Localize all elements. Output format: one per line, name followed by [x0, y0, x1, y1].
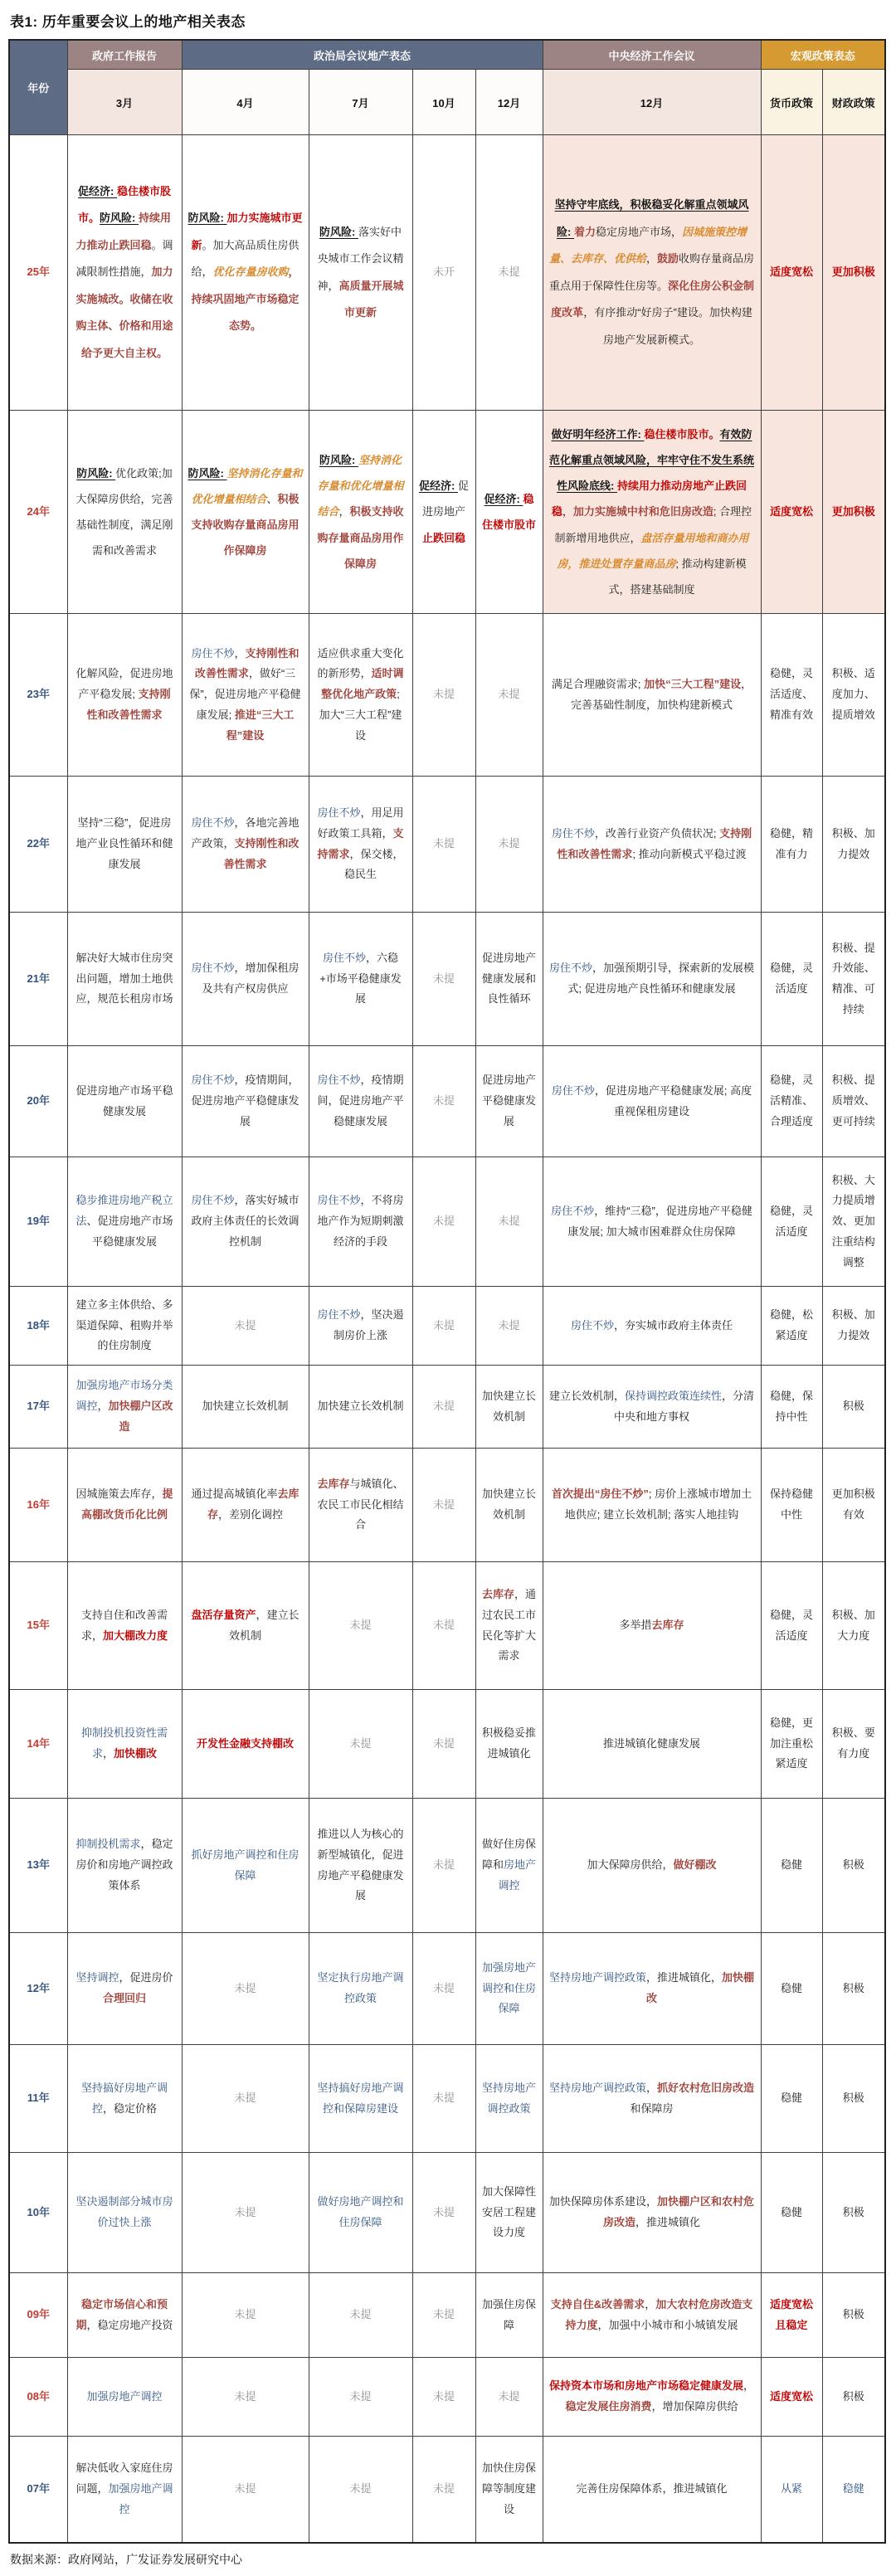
- cell-fiscal: 更加积极: [822, 411, 885, 614]
- cell-cewc: 支持自住&改善需求，加大农村危房改造支持力度，加强中小城市和小城镇发展: [543, 2273, 761, 2358]
- text-segment: 房住不炒: [323, 952, 366, 964]
- text-segment: 合理回归: [103, 1992, 146, 2004]
- text-segment: 去库存: [317, 1478, 349, 1490]
- text-segment: 未提: [433, 2482, 455, 2495]
- text-segment: 稳健，灵活精准、合理适度: [770, 1074, 813, 1127]
- cell-m7: 加快建立长效机制: [309, 1366, 412, 1449]
- text-segment: 推进以人为核心的新型城镇化，促进房地产平稳健康发展: [317, 1828, 403, 1902]
- cell-monetary: 从紧: [761, 2437, 822, 2543]
- text-segment: 房住不炒: [317, 1194, 360, 1206]
- text-segment: ，: [103, 1747, 114, 1760]
- cell-m12: 促进房地产平稳健康发展: [475, 1046, 543, 1157]
- cell-m7: 房住不炒，六稳+市场平稳健康发展: [309, 913, 412, 1046]
- cell-monetary: 适度宽松: [761, 411, 822, 614]
- cell-m10: 未提: [412, 614, 475, 777]
- cell-m4: 未提: [182, 2273, 309, 2358]
- table-row: 20年促进房地产市场平稳健康发展房住不炒，疫情期间，促进房地产平稳健康发展房住不…: [9, 1046, 885, 1157]
- text-segment: 促进房地产平稳健康发展: [482, 1074, 536, 1127]
- text-segment: 保持稳健中性: [770, 1488, 813, 1521]
- cell-cewc: 房住不炒，促进房地产平稳健康发展; 高度重视保租房建设: [543, 1046, 761, 1157]
- cell-m3: 坚决遏制部分城市房价过快上涨: [67, 2153, 182, 2273]
- text-segment: 防风险:: [188, 212, 227, 224]
- cell-m3: 建立多主体供给、多渠道保障、租购并举的住房制度: [67, 1287, 182, 1366]
- text-segment: 支持刚性和改善性需求: [223, 837, 299, 870]
- cell-m4: 房住不炒，增加保租房及共有产权房供应: [182, 913, 309, 1046]
- cell-cewc: 推进城镇化健康发展: [543, 1690, 761, 1799]
- cell-monetary: 稳健，松紧适度: [761, 1287, 822, 1366]
- text-segment: 未提: [499, 837, 520, 850]
- text-segment: ，促进房地产平稳健康发展; 高度重视保租房建设: [595, 1084, 752, 1118]
- text-segment: 做好明年经济工作:: [552, 428, 645, 441]
- cell-m12: 未提: [475, 2358, 543, 2437]
- cell-fiscal: 积极: [822, 2358, 885, 2437]
- cell-m3: 加强房地产调控: [67, 2358, 182, 2437]
- text-segment: 未提: [349, 2308, 371, 2320]
- text-segment: 房住不炒: [191, 1194, 234, 1206]
- text-segment: 积极、提质增效、更可持续: [832, 1074, 875, 1127]
- cell-m7: 未提: [309, 1690, 412, 1799]
- cell-monetary: 稳健，灵活精准、合理适度: [761, 1046, 822, 1157]
- text-segment: 房住不炒: [191, 962, 234, 974]
- text-segment: 加快建立长效机制: [482, 1390, 536, 1423]
- text-segment: 稳定房地产市场，: [596, 226, 682, 238]
- table-body: 25年促经济: 稳住楼市股市。防风险: 持续用力推动止跌回稳。调减限制性措施，加…: [9, 135, 885, 2543]
- table-row: 18年建立多主体供给、多渠道保障、租购并举的住房制度未提房住不炒，坚决遏制房价上…: [9, 1287, 885, 1366]
- text-segment: 保持调控政策连续性: [625, 1390, 722, 1402]
- table-row: 23年化解风险，促进房地产平稳发展; 支持刚性和改善性需求房住不炒，支持刚性和改…: [9, 614, 885, 777]
- cell-m7: 防风险: 落实好中央城市工作会议精神，高质量开展城市更新: [309, 135, 412, 411]
- cell-m7: 房住不炒，用足用好政策工具箱，支持需求，保交楼，稳民生: [309, 777, 412, 913]
- group-header-cewc: 中央经济工作会议: [543, 40, 761, 70]
- cell-m12: 加快建立长效机制: [475, 1366, 543, 1449]
- text-segment: 解决好大城市住房突出问题，增加土地供应，规范长租房市场: [75, 952, 173, 1005]
- text-segment: 未提: [433, 1737, 455, 1750]
- text-segment: 稳健: [781, 2206, 802, 2218]
- policy-header-monetary: 货币政策: [761, 70, 822, 135]
- text-segment: 未提: [433, 1215, 455, 1227]
- table-row: 16年因城施策去库存，提高棚改货币化比例通过提高城镇化率去库存，差别化调控去库存…: [9, 1449, 885, 1562]
- cell-m10: 未提: [412, 1287, 475, 1366]
- text-segment: ，稳定价格: [103, 2102, 157, 2115]
- cell-cewc: 房住不炒，改善行业资产负债状况; 支持刚性和改善性需求; 推动向新模式平稳过渡: [543, 777, 761, 913]
- text-segment: 房住不炒: [317, 1074, 360, 1086]
- cell-m10: 未提: [412, 2153, 475, 2273]
- policy-table: 年份 政府工作报告 政治局会议地产表态 中央经济工作会议 宏观政策表态 3月 4…: [8, 39, 886, 2544]
- year-cell: 20年: [9, 1046, 67, 1157]
- header-group-row: 年份 政府工作报告 政治局会议地产表态 中央经济工作会议 宏观政策表态: [9, 40, 885, 70]
- cell-m3: 化解风险，促进房地产平稳发展; 支持刚性和改善性需求: [67, 614, 182, 777]
- text-segment: 加快棚改: [114, 1747, 157, 1760]
- data-source-note: 数据来源：政府网站，广发证券发展研究中心: [10, 2551, 888, 2568]
- policy-header-fiscal: 财政政策: [822, 70, 885, 135]
- text-segment: 未提: [433, 1498, 455, 1511]
- cell-m3: 促进房地产市场平稳健康发展: [67, 1046, 182, 1157]
- year-cell: 11年: [9, 2045, 67, 2153]
- text-segment: 坚决遏制部分城市房价过快上涨: [75, 2195, 173, 2228]
- text-segment: 适度宽松且稳定: [770, 2298, 813, 2331]
- cell-monetary: 稳健，精准有力: [761, 777, 822, 913]
- cell-cewc: 坚持守牢底线，积极稳妥化解重点领域风险: 着力稳定房地产市场，因城施策控增量、去…: [543, 135, 761, 411]
- text-segment: 坚持房地产调控政策: [482, 2082, 536, 2115]
- text-segment: 建立长效机制，: [549, 1390, 625, 1402]
- cell-m10: 未提: [412, 1562, 475, 1690]
- text-segment: 加强房地产调控: [86, 2390, 162, 2403]
- text-segment: 抓好房地产调控和住房保障: [191, 1848, 299, 1882]
- text-segment: 房住不炒: [317, 806, 360, 819]
- text-segment: 防风险:: [100, 212, 139, 224]
- text-segment: 加力实施城改。收储在收购主体、价格和用途给予更大自主权。: [75, 265, 173, 359]
- text-segment: 稳健，灵活适度: [770, 1609, 813, 1642]
- text-segment: ，保交楼，稳民生: [344, 848, 404, 881]
- text-segment: 未提: [234, 2308, 256, 2320]
- month-header-apr: 4月: [182, 70, 309, 135]
- cell-monetary: 稳健: [761, 2045, 822, 2153]
- table-row: 14年抑制投机投资性需求，加快棚改开发性金融支持棚改未提未提积极稳妥推进城镇化推…: [9, 1690, 885, 1799]
- cell-fiscal: 积极、加大力度: [822, 1562, 885, 1690]
- text-segment: 积极: [843, 2308, 864, 2320]
- text-segment: 积极、提升效能、精准、可持续: [832, 942, 875, 1015]
- text-segment: ，促进房价: [119, 1971, 173, 1984]
- text-segment: 建立多主体供给、多渠道保障、租购并举的住房制度: [75, 1298, 173, 1351]
- cell-cewc: 房住不炒，维持“三稳”，促进房地产平稳健康发展; 加大城市困难群众住房保障: [543, 1157, 761, 1287]
- cell-m10: 未提: [412, 777, 475, 913]
- text-segment: 房住不炒: [549, 962, 592, 974]
- cell-m7: 房住不炒，不将房地产作为短期刺激经济的手段: [309, 1157, 412, 1287]
- cell-fiscal: 积极、提升效能、精准、可持续: [822, 913, 885, 1046]
- text-segment: 未提: [234, 2206, 256, 2218]
- year-cell: 09年: [9, 2273, 67, 2358]
- text-segment: 稳健，更加注重松紧适度: [770, 1717, 813, 1770]
- cell-m12: 加快住房保障等制度建设: [475, 2437, 543, 2543]
- text-segment: 保持资本市场和房地产市场稳定健康发展: [549, 2379, 743, 2392]
- text-segment: 坚定执行房地产调控政策: [317, 1971, 403, 2004]
- text-segment: 房住不炒: [191, 1074, 234, 1086]
- text-segment: 适度宽松: [770, 265, 813, 278]
- cell-m10: 促经济: 促进房地产止跌回稳: [412, 411, 475, 614]
- cell-cewc: 首次提出“房住不炒”; 房价上涨城市增加土地供应; 建立长效机制; 落实人地挂钩: [543, 1449, 761, 1562]
- text-segment: 稳健，保持中性: [770, 1390, 813, 1423]
- cell-monetary: 稳健: [761, 1933, 822, 2045]
- table-row: 07年解决低收入家庭住房问题，加强房地产调控未提未提未提加快住房保障等制度建设完…: [9, 2437, 885, 2543]
- text-segment: 首次提出“房住不炒”: [552, 1488, 649, 1500]
- cell-m10: 未提: [412, 1933, 475, 2045]
- text-segment: 做好棚改: [674, 1858, 717, 1871]
- cell-cewc: 满足合理融资需求; 加快“三大工程”建设，完善基础性制度，加快构建新模式: [543, 614, 761, 777]
- text-segment: 积极: [843, 2091, 864, 2104]
- cell-m12: 去库存，通过农民工市民化等扩大需求: [475, 1562, 543, 1690]
- year-cell: 23年: [9, 614, 67, 777]
- cell-fiscal: 稳健: [822, 2437, 885, 2543]
- year-cell: 07年: [9, 2437, 67, 2543]
- table-row: 12年坚持调控，促进房价合理回归未提坚定执行房地产调控政策未提加强房地产调控和住…: [9, 1933, 885, 2045]
- text-segment: 房住不炒: [551, 1205, 594, 1217]
- group-header-politburo: 政治局会议地产表态: [182, 40, 543, 70]
- cell-m4: 未提: [182, 2153, 309, 2273]
- text-segment: 未提: [234, 2091, 256, 2104]
- text-segment: 未提: [433, 1319, 455, 1332]
- cell-m12: 未提: [475, 777, 543, 913]
- group-header-gov-report: 政府工作报告: [67, 40, 182, 70]
- cell-m3: 防风险: 优化政策;加大保障房供给，完善基础性制度，满足刚需和改善需求: [67, 411, 182, 614]
- cell-m7: 房住不炒，疫情期间，促进房地产平稳健康发展: [309, 1046, 412, 1157]
- text-segment: 积极: [843, 1858, 864, 1871]
- cell-m10: 未提: [412, 1157, 475, 1287]
- cell-m10: 未提: [412, 1799, 475, 1933]
- text-segment: 完善住房保障体系，推进城镇化: [577, 2482, 728, 2495]
- cell-m12: 加快建立长效机制: [475, 1449, 543, 1562]
- cell-fiscal: 积极、加力提效: [822, 1287, 885, 1366]
- text-segment: 止跌回稳: [422, 532, 465, 544]
- cell-m10: 未提: [412, 1449, 475, 1562]
- cell-m4: 房住不炒，疫情期间，促进房地产平稳健康发展: [182, 1046, 309, 1157]
- text-segment: 抑制投机需求: [75, 1838, 140, 1850]
- year-cell: 17年: [9, 1366, 67, 1449]
- cell-m4: 房住不炒，落实好城市政府主体责任的长效调控机制: [182, 1157, 309, 1287]
- cell-monetary: 保持稳健中性: [761, 1449, 822, 1562]
- cell-m12: 未提: [475, 1287, 543, 1366]
- text-segment: 做好房地产调控和住房保障: [317, 2195, 403, 2228]
- text-segment: 更加积极: [832, 505, 875, 518]
- text-segment: 未提: [499, 265, 520, 278]
- cell-m7: 未提: [309, 2358, 412, 2437]
- text-segment: 房住不炒: [571, 1319, 614, 1332]
- text-segment: 鼓励: [657, 252, 679, 265]
- cell-m7: 未提: [309, 1562, 412, 1690]
- text-segment: 加快保障房体系建设，: [549, 2195, 657, 2208]
- cell-m3: 加强房地产市场分类调控，加快棚户区改造: [67, 1366, 182, 1449]
- text-segment: 未开: [433, 265, 455, 278]
- year-cell: 22年: [9, 777, 67, 913]
- text-segment: 稳定发展住房消费: [566, 2400, 652, 2413]
- text-segment: 未提: [433, 1619, 455, 1631]
- cell-monetary: 稳健，灵活适度、精准有效: [761, 614, 822, 777]
- text-segment: 优化存量房收购: [212, 265, 288, 278]
- cell-m12: 积极稳妥推进城镇化: [475, 1690, 543, 1799]
- text-segment: 稳住楼市股市。: [644, 428, 719, 441]
- page: 表1: 历年重要会议上的地产相关表态 年份 政府工作报告 政治局会议地产表态 中…: [0, 0, 896, 2576]
- text-segment: 稳健，灵活适度: [770, 1205, 813, 1238]
- table-row: 17年加强房地产市场分类调控，加快棚户区改造加快建立长效机制加快建立长效机制未提…: [9, 1366, 885, 1449]
- cell-m7: 去库存与城镇化、农民工市民化相结合: [309, 1449, 412, 1562]
- text-segment: 加大保障性安居工程建设力度: [482, 2185, 536, 2238]
- year-cell: 14年: [9, 1690, 67, 1799]
- table-row: 13年抑制投机需求，稳定房价和房地产调控政策体系抓好房地产调控和住房保障推进以人…: [9, 1799, 885, 1933]
- text-segment: 房地产调控: [499, 1858, 537, 1892]
- cell-m3: 抑制投机需求，稳定房价和房地产调控政策体系: [67, 1799, 182, 1933]
- text-segment: 稳健，精准有力: [770, 827, 813, 860]
- cell-m12: 加强住房保障: [475, 2273, 543, 2358]
- cell-fiscal: 积极: [822, 1933, 885, 2045]
- cell-m3: 抑制投机投资性需求，加快棚改: [67, 1690, 182, 1799]
- text-segment: 加强住房保障: [482, 2298, 536, 2331]
- cell-m7: 推进以人为核心的新型城镇化，促进房地产平稳健康发展: [309, 1799, 412, 1933]
- text-segment: 防风险:: [76, 467, 115, 480]
- text-segment: 未提: [234, 1319, 256, 1332]
- month-header-dec: 12月: [475, 70, 543, 135]
- year-cell: 24年: [9, 411, 67, 614]
- text-segment: ，夯实城市政府主体责任: [614, 1319, 733, 1332]
- cell-fiscal: 积极: [822, 1799, 885, 1933]
- cell-monetary: 稳健: [761, 1799, 822, 1933]
- cell-m3: 解决好大城市住房突出问题，增加土地供应，规范长租房市场: [67, 913, 182, 1046]
- text-segment: 未提: [433, 1400, 455, 1412]
- year-cell: 08年: [9, 2358, 67, 2437]
- text-segment: ; 推动向新模式平稳过渡: [632, 848, 746, 860]
- cell-m3: 支持自住和改善需求，加大棚改力度: [67, 1562, 182, 1690]
- text-segment: ，: [646, 252, 657, 265]
- table-row: 19年稳步推进房地产税立法、促进房地产市场平稳健康发展房住不炒，落实好城市政府主…: [9, 1157, 885, 1287]
- text-segment: ，加强预期引导，探索新的发展模式; 促进房地产良性循环和健康发展: [567, 962, 754, 995]
- cell-m7: 坚持搞好房地产调控和保障房建设: [309, 2045, 412, 2153]
- cell-cewc: 房住不炒，加强预期引导，探索新的发展模式; 促进房地产良性循环和健康发展: [543, 913, 761, 1046]
- cell-m3: 稳步推进房地产税立法、促进房地产市场平稳健康发展: [67, 1157, 182, 1287]
- cell-cewc: 房住不炒，夯实城市政府主体责任: [543, 1287, 761, 1366]
- text-segment: ，: [645, 2298, 655, 2311]
- cell-cewc: 保持资本市场和房地产市场稳定健康发展，稳定发展住房消费，增加保障房供给: [543, 2358, 761, 2437]
- text-segment: 未提: [349, 2482, 371, 2495]
- table-row: 10年坚决遏制部分城市房价过快上涨未提做好房地产调控和住房保障未提加大保障性安居…: [9, 2153, 885, 2273]
- cell-m3: 因城施策去库存，提高棚改货币化比例: [67, 1449, 182, 1562]
- text-segment: 去库存: [652, 1619, 684, 1631]
- text-segment: 未提: [433, 2308, 455, 2320]
- cell-m4: 未提: [182, 1287, 309, 1366]
- text-segment: 加大保障房供给，: [587, 1858, 674, 1871]
- cell-m4: 防风险: 加力实施城市更新。加大高品质住房供给，优化存量房收购，持续巩固地产市场…: [182, 135, 309, 411]
- text-segment: 未提: [349, 2390, 371, 2403]
- cell-m7: 房住不炒，坚决遏制房价上涨: [309, 1287, 412, 1366]
- cell-m12: 未提: [475, 1157, 543, 1287]
- text-segment: 积极: [843, 1982, 864, 1994]
- text-segment: 未提: [234, 2482, 256, 2495]
- text-segment: 促经济:: [419, 480, 458, 492]
- table-row: 09年稳定市场信心和预期，稳定房地产投资未提未提未提加强住房保障支持自住&改善需…: [9, 2273, 885, 2358]
- text-segment: 和保障房: [631, 2102, 674, 2115]
- year-cell: 13年: [9, 1799, 67, 1933]
- text-segment: 加快住房保障等制度建设: [482, 2462, 536, 2515]
- text-segment: 促经济:: [485, 493, 523, 505]
- cell-monetary: 适度宽松且稳定: [761, 2273, 822, 2358]
- cell-m12: 做好住房保障和房地产调控: [475, 1799, 543, 1933]
- cell-m10: 未提: [412, 2437, 475, 2543]
- text-segment: 未提: [234, 1982, 256, 1994]
- text-segment: 盘活存量资产: [191, 1609, 256, 1621]
- text-segment: 坚持“三稳”，促进房地产业良性循环和健康发展: [75, 816, 173, 869]
- text-segment: 房住不炒: [317, 1308, 360, 1321]
- text-segment: ，: [646, 2082, 657, 2094]
- text-segment: 房住不炒: [552, 1084, 595, 1097]
- cell-fiscal: 积极、大力提质增效、更加注重结构调整: [822, 1157, 885, 1287]
- text-segment: 优化政策;加大保障房供给，完善基础性制度，满足刚需和改善需求: [75, 467, 173, 558]
- cell-m12: 促进房地产健康发展和良性循环: [475, 913, 543, 1046]
- cell-m4: 未提: [182, 2437, 309, 2543]
- text-segment: 未提: [349, 1619, 371, 1631]
- cell-m4: 盘活存量资产，建立长效机制: [182, 1562, 309, 1690]
- month-header-mar: 3月: [67, 70, 182, 135]
- text-segment: 多举措: [620, 1619, 652, 1631]
- table-row: 22年坚持“三稳”，促进房地产业良性循环和健康发展房住不炒，各地完善地产政策，支…: [9, 777, 885, 913]
- text-segment: 加快“三大工程”建设: [644, 678, 741, 690]
- text-segment: 稳健，灵活适度、精准有效: [770, 667, 813, 720]
- group-header-macro-policy: 宏观政策表态: [761, 40, 885, 70]
- text-segment: 未提: [499, 2390, 520, 2403]
- text-segment: 更加积极: [832, 265, 875, 278]
- text-segment: ，加强中小城市和小城镇发展: [598, 2319, 738, 2331]
- cell-cewc: 做好明年经济工作: 稳住楼市股市。有效防范化解重点领域风险，牢牢守住不发生系统性…: [543, 411, 761, 614]
- text-segment: 未提: [433, 2206, 455, 2218]
- cell-monetary: 稳健: [761, 2153, 822, 2273]
- text-segment: 未提: [433, 972, 455, 985]
- year-cell: 18年: [9, 1287, 67, 1366]
- text-segment: 适度宽松: [770, 2390, 813, 2403]
- cell-m4: 通过提高城镇化率去库存，差别化调控: [182, 1449, 309, 1562]
- cell-m12: 未提: [475, 135, 543, 411]
- year-cell: 12年: [9, 1933, 67, 2045]
- text-segment: 未提: [433, 1094, 455, 1107]
- cell-m12: 未提: [475, 614, 543, 777]
- table-row: 24年防风险: 优化政策;加大保障房供给，完善基础性制度，满足刚需和改善需求防风…: [9, 411, 885, 614]
- text-segment: 积极: [843, 2206, 864, 2218]
- text-segment: 防风险:: [188, 467, 227, 480]
- cell-m4: 加快建立长效机制: [182, 1366, 309, 1449]
- cell-m12: 加大保障性安居工程建设力度: [475, 2153, 543, 2273]
- year-cell: 25年: [9, 135, 67, 411]
- text-segment: ，: [562, 505, 573, 518]
- text-segment: 未提: [433, 837, 455, 850]
- cell-m4: 抓好房地产调控和住房保障: [182, 1799, 309, 1933]
- text-segment: 积极稳妥推进城镇化: [482, 1726, 536, 1760]
- text-segment: 房住不炒: [552, 827, 595, 840]
- text-segment: 未提: [499, 1319, 520, 1332]
- cell-m12: 加强房地产调控和住房保障: [475, 1933, 543, 2045]
- text-segment: 稳健，灵活适度: [770, 962, 813, 995]
- cell-m7: 未提: [309, 2273, 412, 2358]
- table-row: 11年坚持搞好房地产调控，稳定价格未提坚持搞好房地产调控和保障房建设未提坚持房地…: [9, 2045, 885, 2153]
- cell-m4: 房住不炒，各地完善地产政策，支持刚性和改善性需求: [182, 777, 309, 913]
- text-segment: 支持自住&改善需求: [551, 2298, 645, 2311]
- cell-m3: 坚持调控，促进房价合理回归: [67, 1933, 182, 2045]
- cell-m10: 未提: [412, 1046, 475, 1157]
- year-cell: 16年: [9, 1449, 67, 1562]
- cell-m12: 促经济: 稳住楼市股市: [475, 411, 543, 614]
- text-segment: 加快建立长效机制: [317, 1400, 403, 1412]
- cell-cewc: 建立长效机制，保持调控政策连续性，分清中央和地方事权: [543, 1366, 761, 1449]
- cell-m10: 未提: [412, 2273, 475, 2358]
- cell-fiscal: 积极: [822, 2273, 885, 2358]
- text-segment: 开发性金融支持棚改: [197, 1737, 294, 1750]
- text-segment: 去库存: [482, 1588, 514, 1600]
- text-segment: 积极、要有力度: [832, 1726, 875, 1760]
- text-segment: 加快建立长效机制: [482, 1488, 536, 1521]
- cell-m10: 未提: [412, 1366, 475, 1449]
- month-header-oct: 10月: [412, 70, 475, 135]
- cell-m3: 稳定市场信心和预期，稳定房地产投资: [67, 2273, 182, 2358]
- cell-m4: 未提: [182, 2045, 309, 2153]
- text-segment: 未提: [349, 1737, 371, 1750]
- cell-m12: 坚持房地产调控政策: [475, 2045, 543, 2153]
- text-segment: 积极、加力提效: [832, 827, 875, 860]
- text-segment: ，: [234, 647, 245, 660]
- cell-m7: 防风险: 坚持消化存量和优化增量相结合，积极支持收购存量商品房用作保障房: [309, 411, 412, 614]
- text-segment: 坚持房地产调控政策: [549, 1971, 646, 1984]
- year-cell: 10年: [9, 2153, 67, 2273]
- cell-m7: 做好房地产调控和住房保障: [309, 2153, 412, 2273]
- text-segment: 促进房地产健康发展和良性循环: [482, 952, 536, 1005]
- text-segment: ，增加保障房供给: [652, 2400, 738, 2413]
- text-segment: ，推进城镇化: [635, 2216, 700, 2228]
- cell-monetary: 稳健，灵活适度: [761, 913, 822, 1046]
- table-row: 08年加强房地产调控未提未提未提未提保持资本市场和房地产市场稳定健康发展，稳定发…: [9, 2358, 885, 2437]
- text-segment: 未提: [499, 688, 520, 700]
